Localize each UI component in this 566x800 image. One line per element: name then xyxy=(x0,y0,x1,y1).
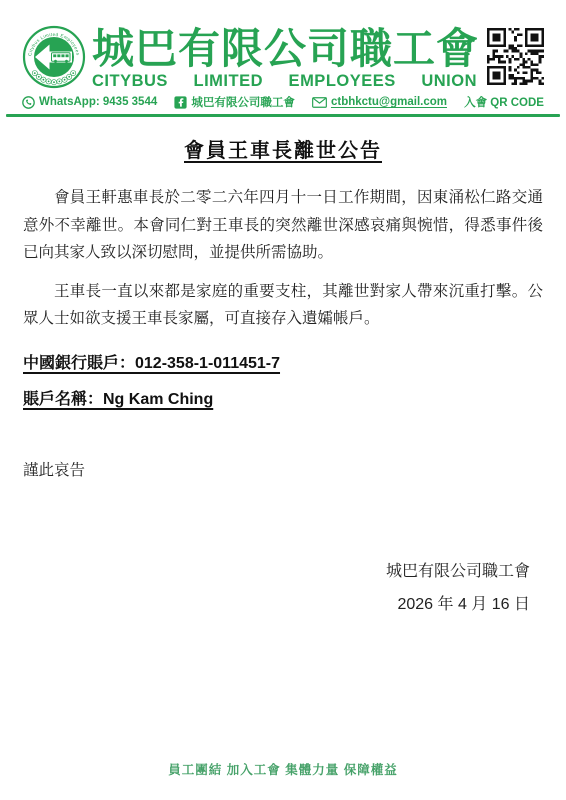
qr-code xyxy=(487,28,544,85)
letterhead: Citybus Limited Employees Union xyxy=(0,0,566,117)
facebook-contact: 城巴有限公司職工會 xyxy=(174,94,295,110)
qr-code-svg xyxy=(487,28,544,85)
bus-badge-icon: Citybus Limited Employees Union xyxy=(22,25,86,89)
bank-account-line: 中國銀行賬戶：012-358-1-011451-7 xyxy=(23,350,543,373)
closing-line: 謹此哀告 xyxy=(23,458,543,480)
qr-caption: 入會 QR CODE xyxy=(464,94,544,110)
account-name-line: 賬戶名稱：Ng Kam Ching xyxy=(23,386,543,409)
signature-date: 2026 年 4 月 16 日 xyxy=(23,597,530,613)
org-name-english: CITYBUS LIMITED EMPLOYEES UNION xyxy=(92,72,477,91)
header-separator xyxy=(6,114,560,117)
org-name-chinese: 城巴有限公司職工會 xyxy=(92,26,477,71)
notice-page: Citybus Limited Employees Union xyxy=(0,0,566,800)
facebook-label: 城巴有限公司職工會 xyxy=(191,94,295,110)
facebook-icon xyxy=(174,96,187,109)
paragraph-1: 會員王軒惠車長於二零二六年四月十一日工作期間，因東涌松仁路交通意外不幸離世。本會… xyxy=(23,184,543,267)
notice-body: 會員王車長離世公告 會員王軒惠車長於二零二六年四月十一日工作期間，因東涌松仁路交… xyxy=(0,134,566,613)
whatsapp-icon xyxy=(22,96,35,109)
whatsapp-label: WhatsApp: 9435 3544 xyxy=(39,96,157,108)
contact-row: WhatsApp: 9435 3544 城巴有限公司職工會 ctbhkctu@g… xyxy=(22,94,544,110)
whatsapp-contact: WhatsApp: 9435 3544 xyxy=(22,96,157,109)
signature-org: 城巴有限公司職工會 xyxy=(23,564,530,580)
paragraph-2: 王車長一直以來都是家庭的重要支柱，其離世對家人帶來沉重打擊。公眾人士如欲支援王車… xyxy=(23,278,543,333)
email-icon xyxy=(312,97,327,108)
notice-title: 會員王車長離世公告 xyxy=(23,134,543,163)
email-link[interactable]: ctbhkctu@gmail.com xyxy=(331,96,447,108)
union-logo: Citybus Limited Employees Union xyxy=(22,25,86,89)
footer-slogan: 員工團結 加入工會 集體力量 保障權益 xyxy=(0,760,566,778)
email-contact: ctbhkctu@gmail.com xyxy=(312,96,447,108)
signature-block: 城巴有限公司職工會 2026 年 4 月 16 日 xyxy=(23,564,543,613)
